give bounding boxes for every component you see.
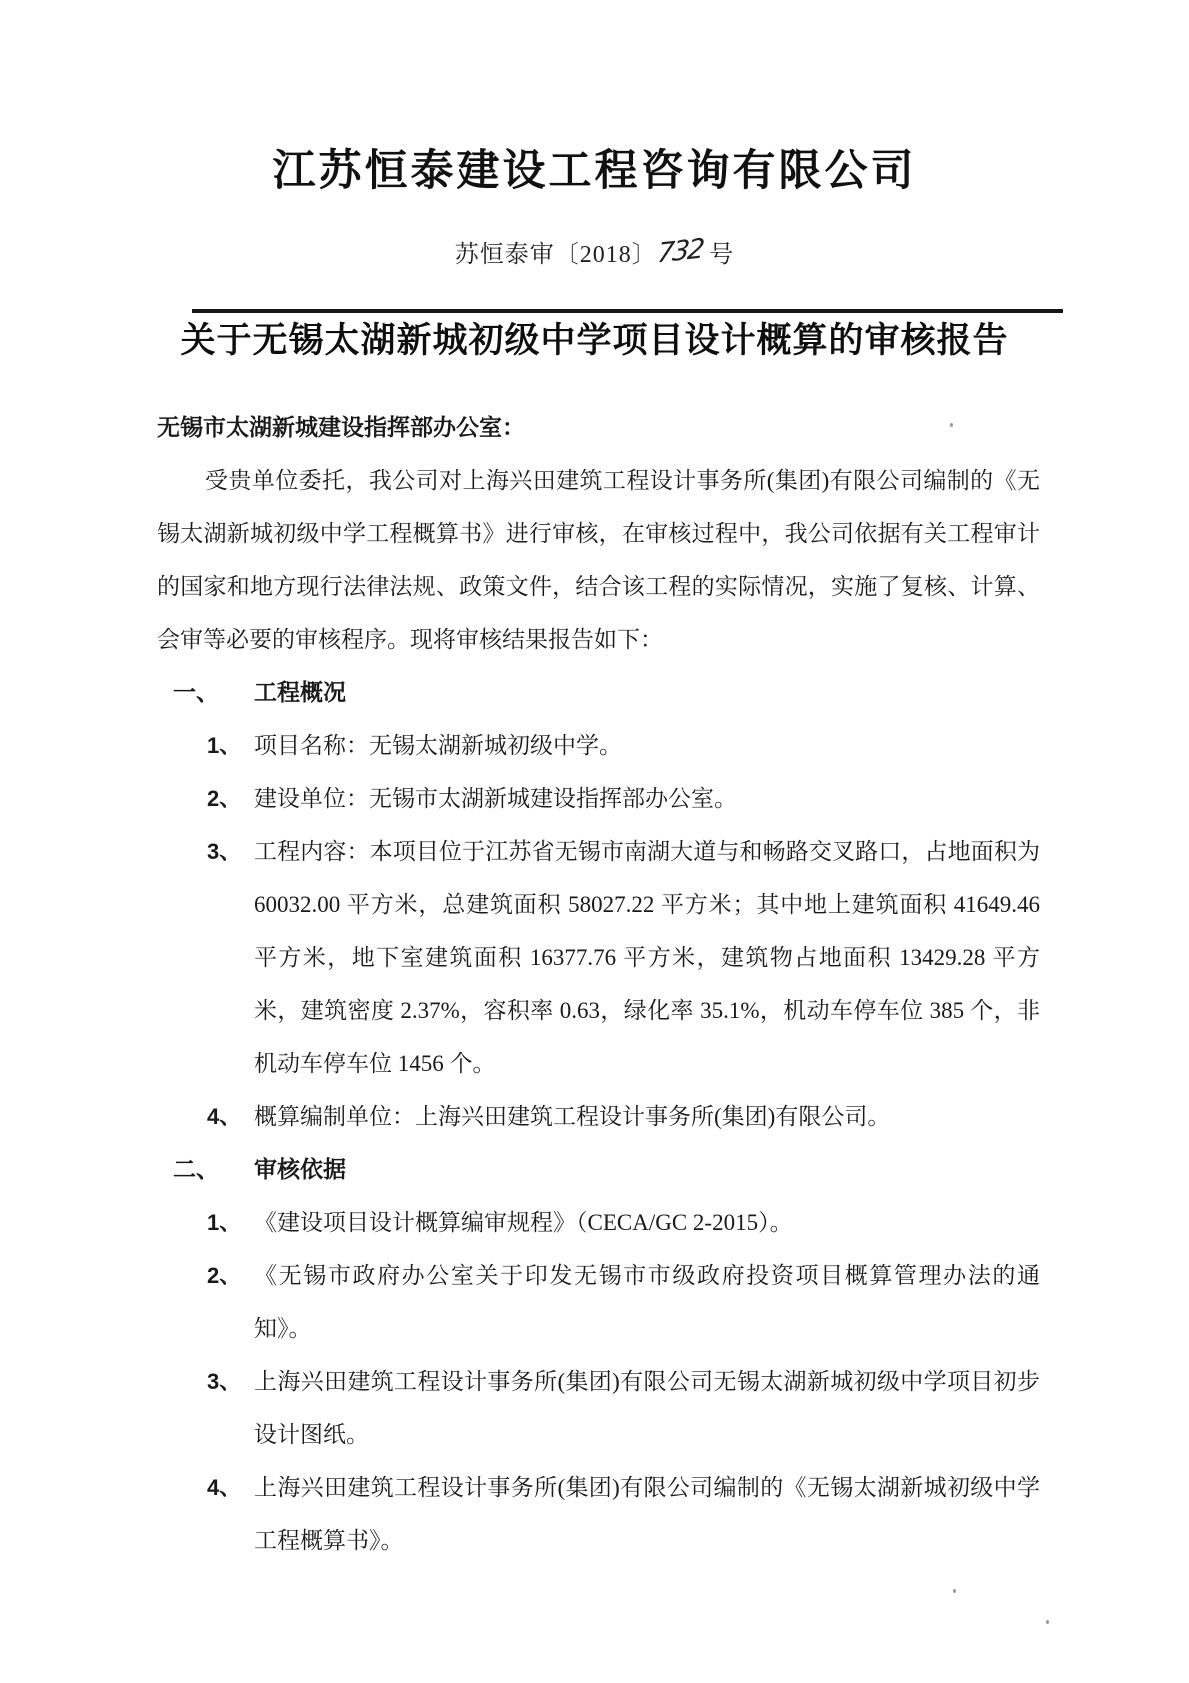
list-item: 4、 概算编制单位：上海兴田建筑工程设计事务所(集团)有限公司。 [157, 1090, 1040, 1143]
section-2-header: 二、 审核依据 [157, 1143, 1040, 1196]
list-item-number: 4、 [207, 1090, 241, 1143]
list-item-number: 3、 [207, 1355, 241, 1408]
intro-paragraph: 受贵单位委托，我公司对上海兴田建筑工程设计事务所(集团)有限公司编制的《无锡太湖… [157, 454, 1040, 666]
list-item-number: 2、 [207, 772, 241, 825]
list-item-text: 《建设项目设计概算编审规程》（CECA/GC 2-2015）。 [254, 1210, 793, 1235]
list-item-text: 建设单位：无锡市太湖新城建设指挥部办公室。 [254, 786, 737, 811]
list-item: 3、 上海兴田建筑工程设计事务所(集团)有限公司无锡太湖新城初级中学项目初步设计… [157, 1355, 1040, 1461]
list-item: 2、 建设单位：无锡市太湖新城建设指挥部办公室。 [157, 772, 1040, 825]
report-title: 关于无锡太湖新城初级中学项目设计概算的审核报告 [0, 319, 1189, 363]
list-item-number: 3、 [207, 825, 241, 878]
list-item: 1、 《建设项目设计概算编审规程》（CECA/GC 2-2015）。 [157, 1196, 1040, 1249]
scan-speck [953, 1589, 956, 1593]
doc-number-handwritten-value: 732 [655, 234, 704, 269]
list-item: 3、 工程内容：本项目位于江苏省无锡市南湖大道与和畅路交叉路口，占地面积为 60… [157, 825, 1040, 1090]
doc-number-line: 苏恒泰审〔2018〕732 号 [0, 239, 1189, 270]
doc-number-suffix: 号 [709, 242, 734, 268]
list-item-number: 4、 [207, 1461, 241, 1514]
scan-speck [1046, 1620, 1049, 1624]
list-item: 1、 项目名称：无锡太湖新城初级中学。 [157, 719, 1040, 772]
list-item-text: 上海兴田建筑工程设计事务所(集团)有限公司无锡太湖新城初级中学项目初步设计图纸。 [254, 1369, 1040, 1447]
list-item-number: 2、 [207, 1249, 241, 1302]
company-title: 江苏恒泰建设工程咨询有限公司 [0, 147, 1189, 195]
list-item-text: 工程内容：本项目位于江苏省无锡市南湖大道与和畅路交叉路口，占地面积为 60032… [254, 839, 1040, 1076]
section-1-header: 一、 工程概况 [157, 666, 1040, 719]
document-page: 江苏恒泰建设工程咨询有限公司 苏恒泰审〔2018〕732 号 关于无锡太湖新城初… [0, 0, 1189, 1683]
doc-number-prefix: 苏恒泰审〔2018〕 [455, 242, 657, 268]
section-2-title: 审核依据 [254, 1157, 346, 1182]
list-item: 2、 《无锡市政府办公室关于印发无锡市市级政府投资项目概算管理办法的通知》。 [157, 1249, 1040, 1355]
salutation: 无锡市太湖新城建设指挥部办公室： [157, 401, 1040, 454]
document-body: 无锡市太湖新城建设指挥部办公室： 受贵单位委托，我公司对上海兴田建筑工程设计事务… [0, 401, 1189, 1567]
list-item-text: 《无锡市政府办公室关于印发无锡市市级政府投资项目概算管理办法的通知》。 [254, 1263, 1040, 1341]
list-item-text: 上海兴田建筑工程设计事务所(集团)有限公司编制的《无锡太湖新城初级中学工程概算书… [254, 1475, 1040, 1553]
section-1-title: 工程概况 [254, 680, 346, 705]
list-item-text: 概算编制单位：上海兴田建筑工程设计事务所(集团)有限公司。 [254, 1104, 890, 1129]
list-item-text: 项目名称：无锡太湖新城初级中学。 [254, 733, 622, 758]
list-item-number: 1、 [207, 719, 241, 772]
list-item: 4、 上海兴田建筑工程设计事务所(集团)有限公司编制的《无锡太湖新城初级中学工程… [157, 1461, 1040, 1567]
list-item-number: 1、 [207, 1196, 241, 1249]
section-1-number: 一、 [173, 666, 219, 719]
header-divider-line [192, 309, 1063, 313]
section-2-number: 二、 [173, 1143, 219, 1196]
scan-speck [950, 423, 953, 427]
